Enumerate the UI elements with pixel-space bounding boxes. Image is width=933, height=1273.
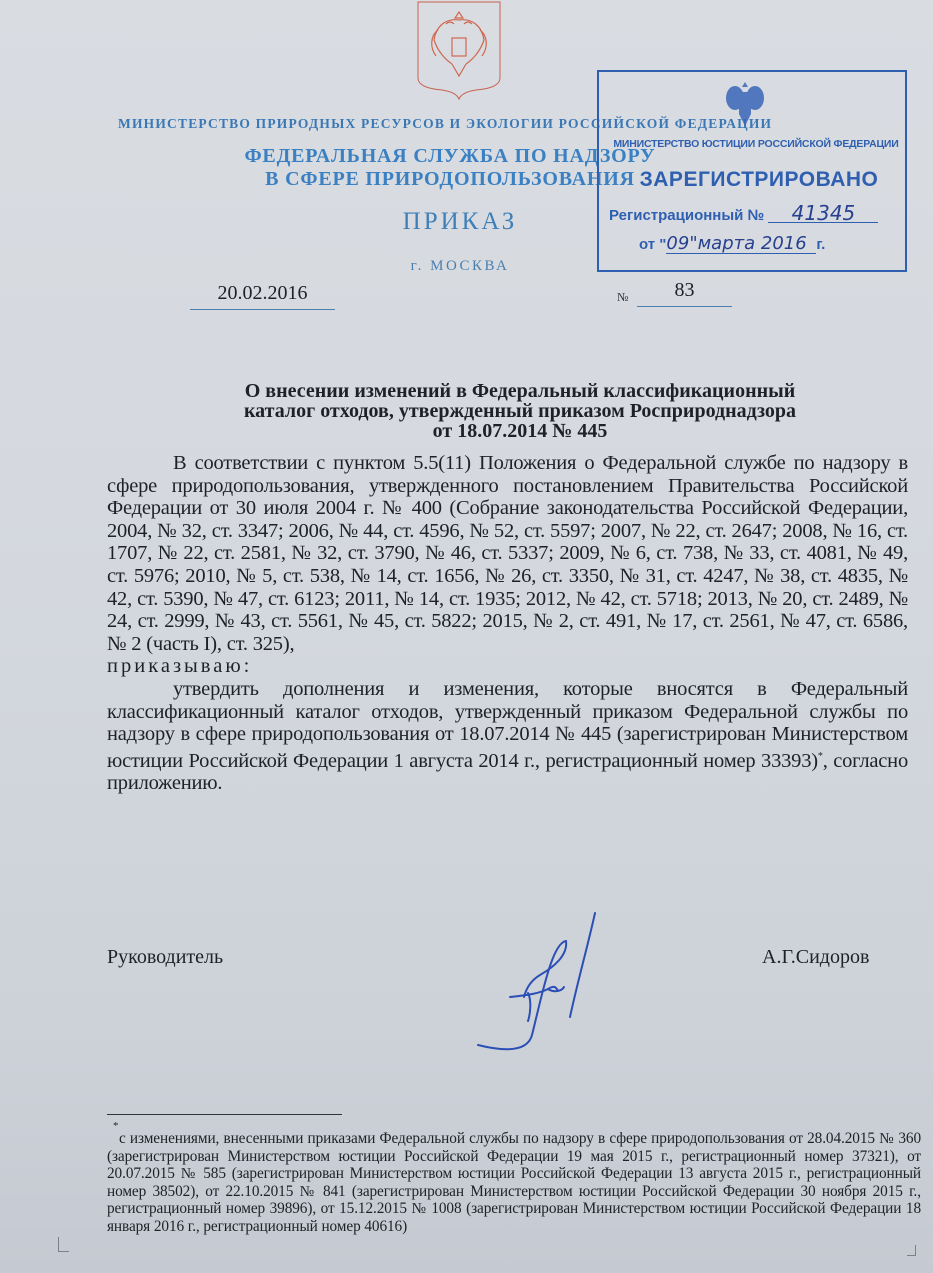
stamp-ministry: МИНИСТЕРСТВО ЮСТИЦИИ РОССИЙСКОЙ ФЕДЕРАЦИ… [611,138,901,150]
stamp-registration-label: Регистрационный № [609,207,764,224]
coat-of-arms-icon [416,0,502,100]
stamp-date-month: "марта [689,233,755,254]
order-date: 20.02.2016 [190,282,335,310]
order-number-label: № [617,290,628,305]
footnote-text: с изменениями, внесенными приказами Феде… [107,1130,921,1236]
document-body: В соответствии с пунктом 5.5(11) Положен… [107,452,908,795]
order-text: утвердить дополнения и изменения, которы… [107,678,908,772]
city: г. МОСКВА [370,258,550,275]
footnote-separator [107,1114,342,1115]
title-line3: от 18.07.2014 № 445 [170,421,870,441]
order-paragraph: утвердить дополнения и изменения, которы… [107,678,908,795]
stamp-status: ЗАРЕГИСТРИРОВАНО [619,168,899,192]
document-type: ПРИКАЗ [380,208,540,236]
title-line1: О внесении изменений в Федеральный класс… [170,381,870,401]
document-title: О внесении изменений в Федеральный класс… [170,381,870,441]
corner-crop-mark [58,1237,69,1252]
footnote: с изменениями, внесенными приказами Феде… [107,1130,921,1236]
stamp-coat-of-arms-icon [717,78,773,128]
title-line2: каталог отходов, утвержденный приказом Р… [170,401,870,421]
stamp-registration-number: 41345 [768,204,878,223]
preamble-paragraph: В соответствии с пунктом 5.5(11) Положен… [107,452,908,655]
signatory-role: Руководитель [107,946,223,969]
order-number: 83 [637,279,732,307]
stamp-date-prefix: от " [639,236,666,253]
corner-crop-mark [907,1245,916,1256]
stamp-date-line: от "09"марта 2016г. [639,235,825,254]
handwritten-signature-icon [470,905,610,1055]
stamp-date-value: 09"марта 2016 [666,235,816,254]
signatory-name: А.Г.Сидоров [762,946,869,969]
stamp-registration-line: Регистрационный № 41345 [609,204,878,224]
registration-stamp: МИНИСТЕРСТВО ЮСТИЦИИ РОССИЙСКОЙ ФЕДЕРАЦИ… [597,70,907,272]
order-word: приказываю: [107,655,908,678]
stamp-date-day: 09 [666,233,689,254]
stamp-date-suffix: г. [816,236,825,253]
stamp-date-year: 2016 [761,233,807,254]
